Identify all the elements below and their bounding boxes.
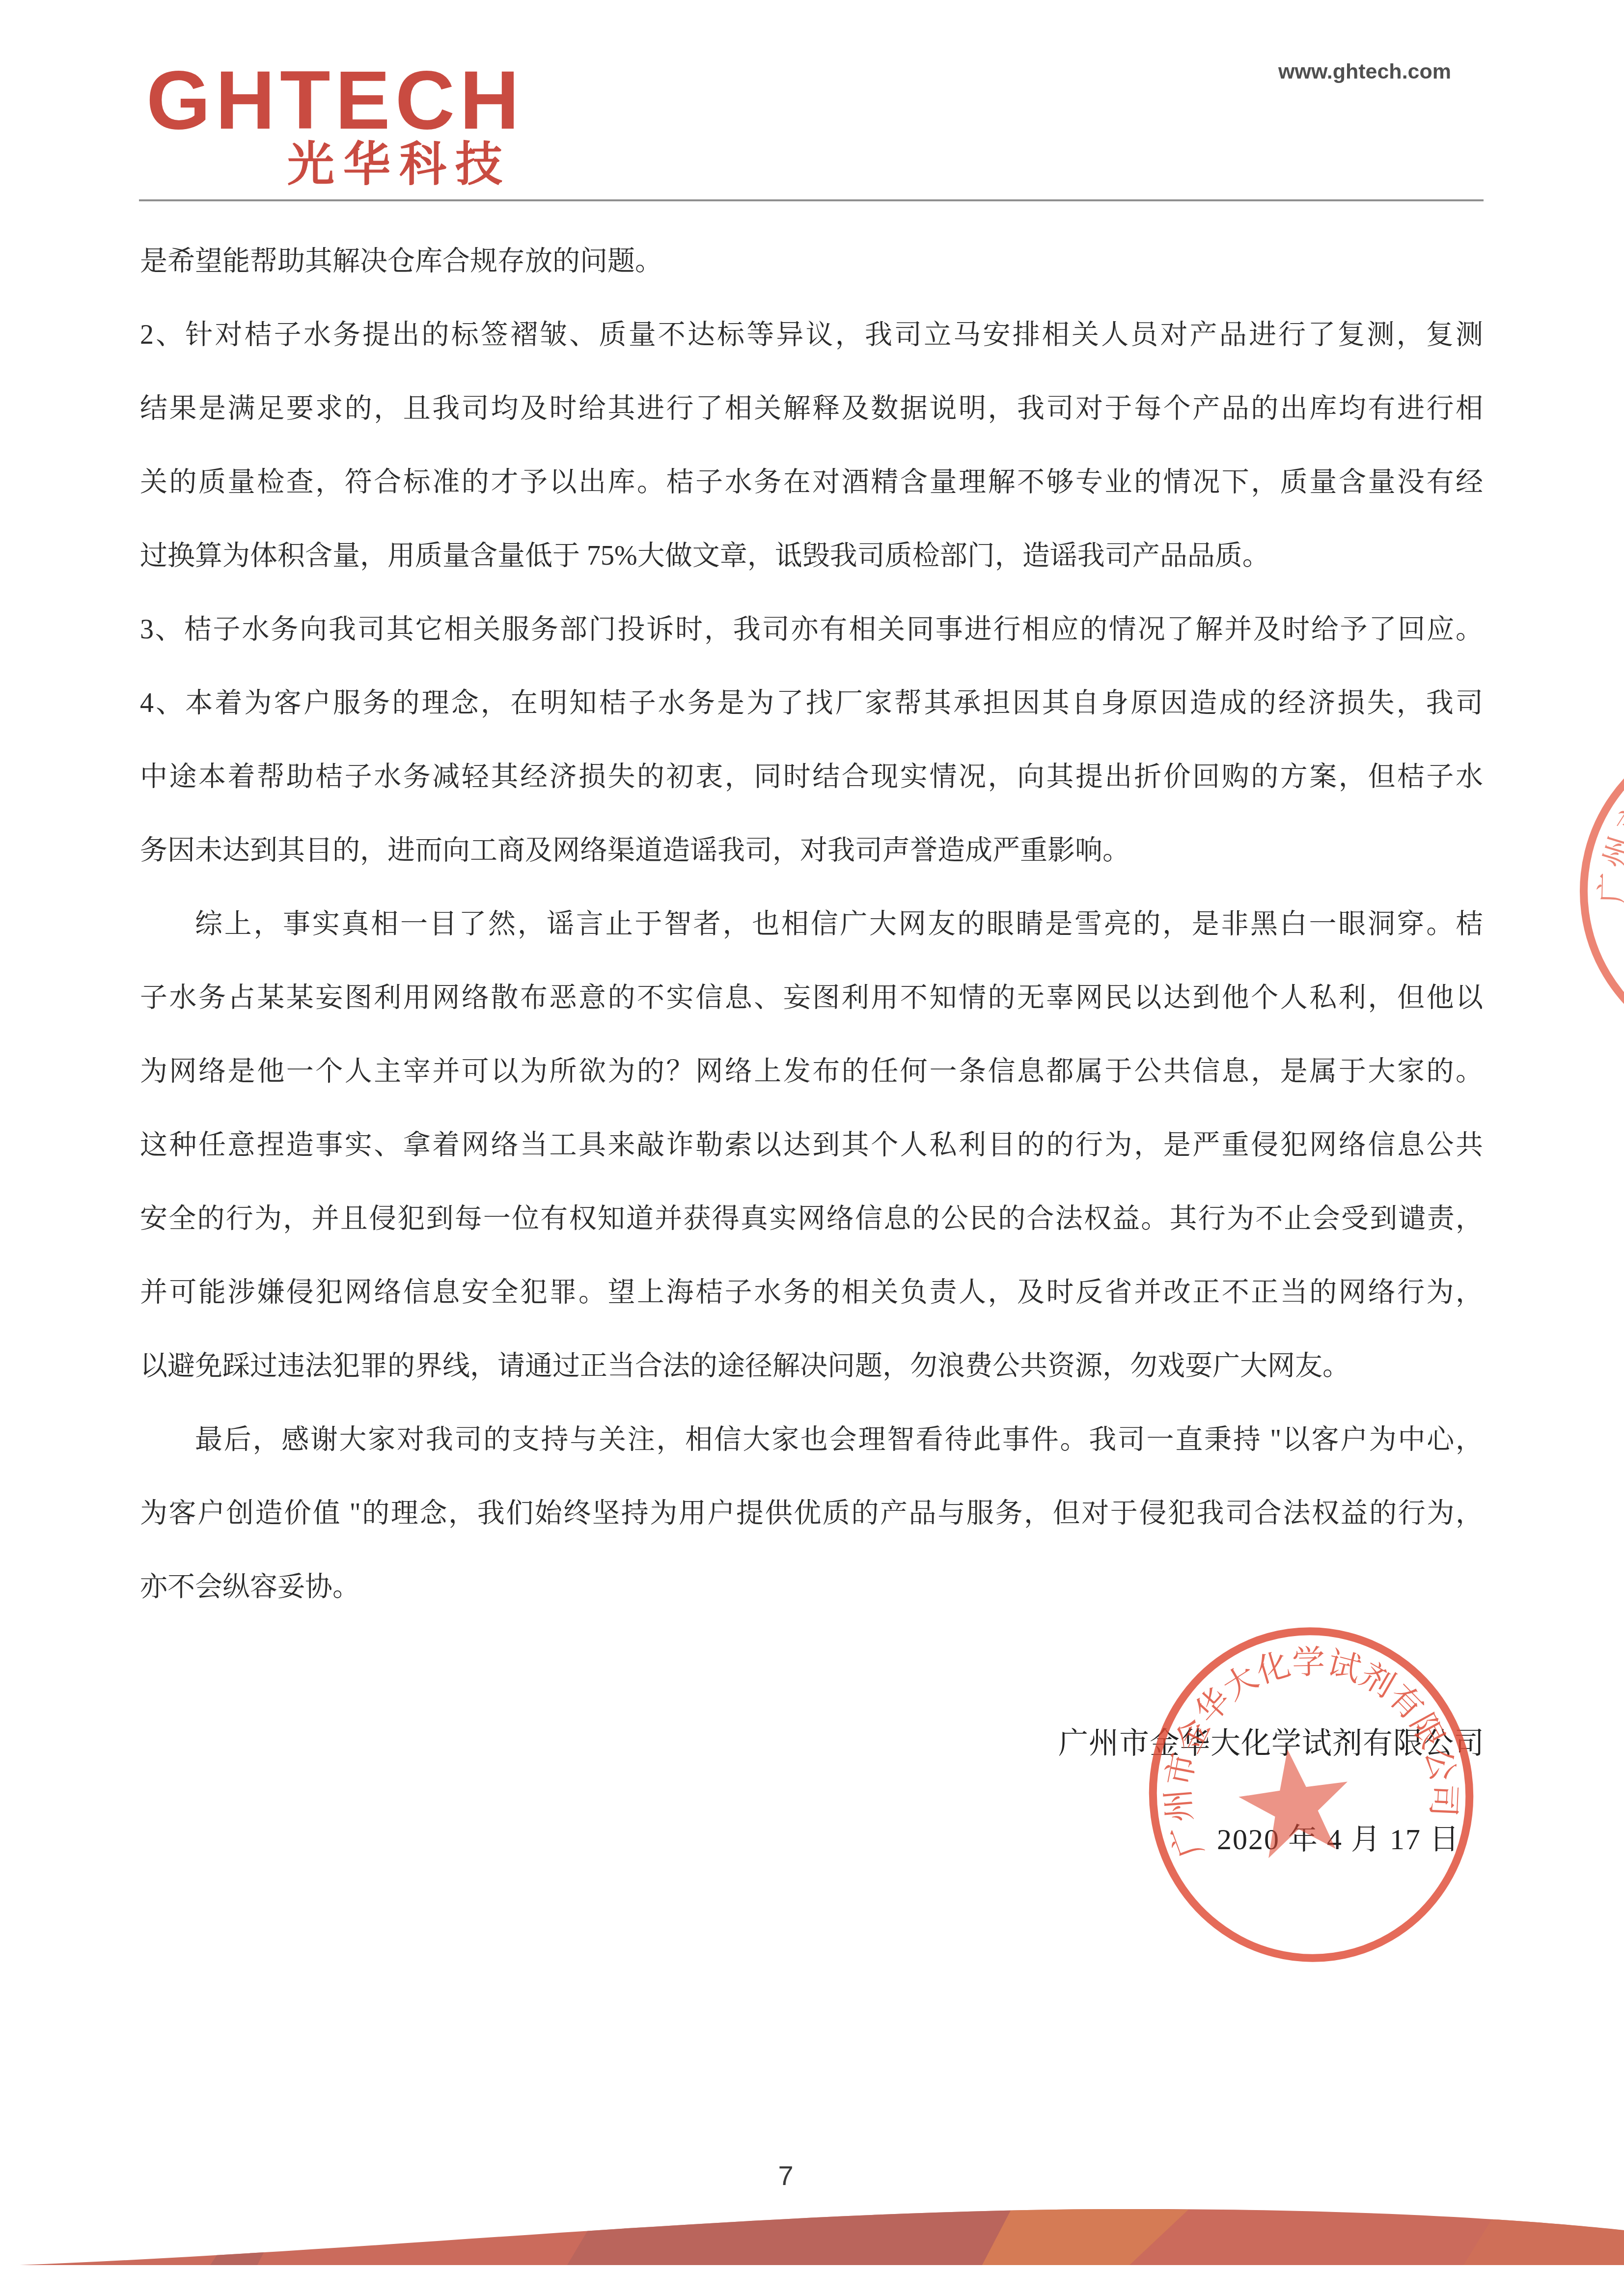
body-line: 综上，事实真相一目了然，谣言止于智者，也相信广大网友的眼睛是雪亮的，是非黑白一眼…	[140, 887, 1483, 961]
body-line: 是希望能帮助其解决仓库合规存放的问题。	[140, 224, 1483, 298]
letter-body: 是希望能帮助其解决仓库合规存放的问题。2、针对桔子水务提出的标签褶皱、质量不达标…	[140, 224, 1483, 1624]
body-line: 关的质量检查，符合标准的才予以出库。桔子水务在对酒精含量理解不够专业的情况下，质…	[140, 445, 1483, 519]
body-line: 务因未达到其目的，进而向工商及网络渠道造谣我司，对我司声誉造成严重影响。	[140, 814, 1483, 887]
website-url: www.ghtech.com	[1278, 60, 1451, 84]
edge-seal-ring	[1549, 712, 1624, 1085]
body-line: 3、桔子水务向我司其它相关服务部门投诉时，我司亦有相关同事进行相应的情况了解并及…	[140, 593, 1483, 666]
signature-company-name: 广州市金华大化学试剂有限公司	[1058, 1720, 1485, 1762]
edge-seal-ring-text: 广州市金华大化学试剂有限公司	[1587, 712, 1624, 975]
body-line: 最后，感谢大家对我司的支持与关注，相信大家也会理智看待此事件。我司一直秉持 "以…	[140, 1403, 1483, 1476]
body-line: 亦不会纵容妥协。	[140, 1550, 1483, 1624]
body-line: 以避免踩过违法犯罪的界线，请通过正当合法的途径解决问题，勿浪费公共资源，勿戏耍广…	[140, 1329, 1483, 1403]
logo-chinese-subtitle: 光华科技	[287, 127, 511, 194]
company-seal-stamp: 广州市金华大化学试剂有限公司	[1139, 1620, 1483, 1969]
footer-swoosh-graphic	[0, 2205, 1624, 2296]
body-line: 结果是满足要求的，且我司均及时给其进行了相关解释及数据说明，我司对于每个产品的出…	[140, 372, 1483, 445]
body-line: 并可能涉嫌侵犯网络信息安全犯罪。望上海桔子水务的相关负责人，及时反省并改正不正当…	[140, 1256, 1483, 1329]
body-line: 安全的行为，并且侵犯到每一位有权知道并获得真实网络信息的公民的合法权益。其行为不…	[140, 1182, 1483, 1256]
header-divider	[139, 199, 1484, 201]
seal-ring	[1139, 1620, 1483, 1969]
body-line: 子水务占某某妄图利用网络散布恶意的不实信息、妄图利用不知情的无辜网民以达到他个人…	[140, 961, 1483, 1035]
body-line: 这种任意捏造事实、拿着网络当工具来敲诈勒索以达到其个人私利目的的行为，是严重侵犯…	[140, 1108, 1483, 1182]
body-line: 为客户创造价值 "的理念，我们始终坚持为用户提供优质的产品与服务，但对于侵犯我司…	[140, 1476, 1483, 1550]
body-line: 过换算为体积含量，用质量含量低于 75%大做文章，诋毁我司质检部门，造谣我司产品…	[140, 519, 1483, 593]
svg-text:广州市金华大化学试剂有限公司: 广州市金华大化学试剂有限公司	[1587, 712, 1624, 975]
body-line: 4、本着为客户服务的理念，在明知桔子水务是为了找厂家帮其承担因其自身原因造成的经…	[140, 666, 1483, 740]
swoosh-dark-band-large	[567, 2209, 1012, 2265]
partial-edge-seal-stamp: 广州市金华大化学试剂有限公司	[1537, 712, 1624, 1085]
body-line: 2、针对桔子水务提出的标签褶皱、质量不达标等异议，我司立马安排相关人员对产品进行…	[140, 298, 1483, 372]
page-number: 7	[756, 2159, 815, 2191]
body-line: 为网络是他一个人主宰并可以为所欲为的？网络上发布的任何一条信息都属于公共信息，是…	[140, 1035, 1483, 1108]
signature-date: 2020 年 4 月 17 日	[1217, 1816, 1460, 1858]
document-page: GHTECH 光华科技 www.ghtech.com 是希望能帮助其解决仓库合规…	[0, 0, 1624, 2296]
body-line: 中途本着帮助桔子水务减轻其经济损失的初衷，同时结合现实情况，向其提出折价回购的方…	[140, 740, 1483, 814]
